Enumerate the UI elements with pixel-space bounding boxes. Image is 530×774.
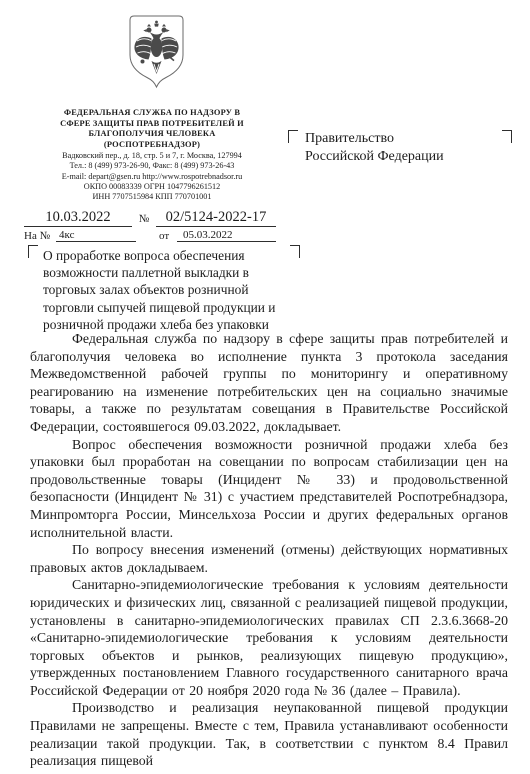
reply-to-date: 05.03.2022 [177,229,276,242]
recipient-line: Правительство [305,130,512,148]
coat-of-arms-icon [128,15,185,90]
official-letter-page: ФЕДЕРАЛЬНАЯ СЛУЖБА ПО НАДЗОРУ В СФЕРЕ ЗА… [0,0,530,774]
corner-mark-left-icon [28,245,38,258]
incoming-ref-row: На № 4кс от 05.03.2022 [24,228,276,242]
subject-line: торговли сыпучей пищевой продукции и [43,299,300,316]
agency-name-line: (РОСПОТРЕБНАДЗОР) [28,140,276,151]
subject-line: возможности паллетной выкладки в [43,264,300,281]
reference-block: 10.03.2022 № 02/5124-2022-17 На № 4кс от… [24,210,276,242]
agency-phone-fax: Тел.: 8 (499) 973-26-90, Факс: 8 (499) 9… [28,161,276,171]
body-paragraph: Санитарно-эпидемиологические требования … [30,576,508,699]
body-paragraph: По вопросу внесения изменений (отмены) д… [30,541,508,576]
agency-address: Вадковский пер., д. 18, стр. 5 и 7, г. М… [28,151,276,161]
agency-contacts: Вадковский пер., д. 18, стр. 5 и 7, г. М… [28,151,276,203]
from-label: от [159,230,177,242]
outgoing-date: 10.03.2022 [24,209,132,227]
agency-name-line: БЛАГОПОЛУЧИЯ ЧЕЛОВЕКА [28,129,276,140]
reply-to-number: 4кс [56,229,136,242]
agency-name-line: СФЕРЕ ЗАЩИТЫ ПРАВ ПОТРЕБИТЕЛЕЙ И [28,119,276,130]
letterhead: ФЕДЕРАЛЬНАЯ СЛУЖБА ПО НАДЗОРУ В СФЕРЕ ЗА… [28,108,276,203]
agency-name-line: ФЕДЕРАЛЬНАЯ СЛУЖБА ПО НАДЗОРУ В [28,108,276,119]
reply-to-label: На № [24,230,56,242]
number-sign: № [132,213,156,227]
outgoing-number: 02/5124-2022-17 [156,209,276,227]
recipient-block: Правительство Российской Федерации [288,130,512,166]
subject-line: торговых залах объектов розничной [43,281,300,298]
agency-email-site: E-mail: depart@gsen.ru http://www.rospot… [28,172,276,182]
corner-mark-right-icon [502,130,512,143]
subject-line: О проработке вопроса обеспечения [43,247,300,264]
agency-okpo-ogrn: ОКПО 00083339 ОГРН 1047796261512 [28,182,276,192]
corner-mark-right-icon [290,245,300,258]
letter-body: Федеральная служба по надзору в сфере за… [30,330,508,770]
body-paragraph: Производство и реализация неупакованной … [30,699,508,769]
outgoing-ref-row: 10.03.2022 № 02/5124-2022-17 [24,210,276,227]
agency-name: ФЕДЕРАЛЬНАЯ СЛУЖБА ПО НАДЗОРУ В СФЕРЕ ЗА… [28,108,276,151]
recipient-line: Российской Федерации [305,148,512,166]
agency-inn-kpp: ИНН 7707515984 КПП 770701001 [28,192,276,202]
corner-mark-left-icon [288,130,298,143]
subject-block: О проработке вопроса обеспечения возможн… [28,245,300,333]
body-paragraph: Федеральная служба по надзору в сфере за… [30,330,508,436]
body-paragraph: Вопрос обеспечения возможности розничной… [30,436,508,542]
